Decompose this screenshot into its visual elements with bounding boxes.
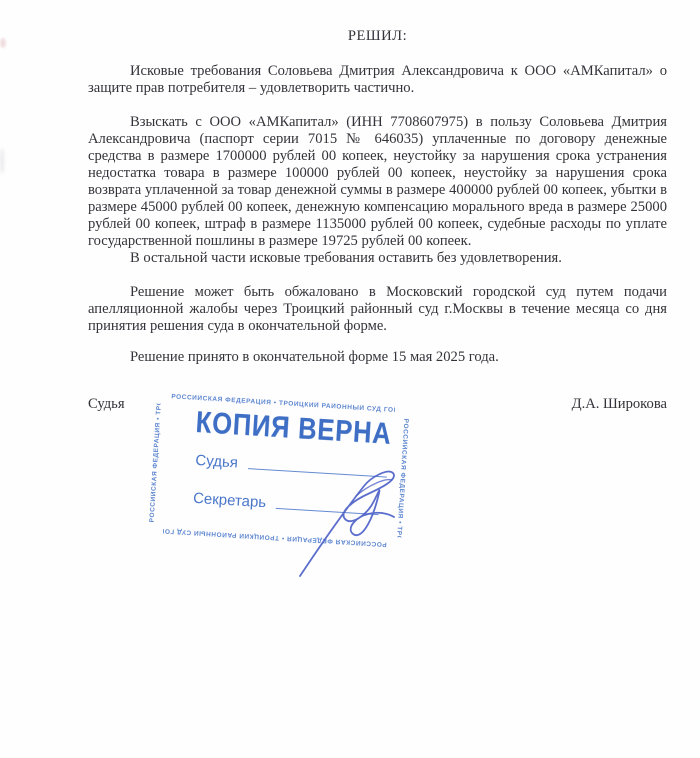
document-title: РЕШИЛ: (88, 28, 667, 45)
stamp-secretary-label: Секретарь (193, 490, 267, 511)
court-decision-page: РЕШИЛ: Исковые требования Соловьева Дмит… (0, 0, 700, 758)
stamp-border-text-left: РОССИЙСКАЯ ФЕДЕРАЦИЯ • ТРОИЦКИЙ РАЙОННЫЙ… (149, 403, 164, 522)
stamp-judge-label: Судья (195, 452, 238, 472)
judge-label: Судья (88, 396, 125, 413)
paragraph-remainder-dismissed: В остальной части исковые требования ост… (88, 250, 667, 267)
paragraph-claims-granted: Исковые требования Соловьева Дмитрия Але… (88, 63, 667, 97)
paragraph-appeal-procedure: Решение может быть обжаловано в Московск… (88, 284, 667, 335)
document-body: РЕШИЛ: Исковые требования Соловьева Дмит… (0, 0, 700, 413)
paragraph-final-form-date: Решение принято в окончательной форме 15… (88, 349, 667, 366)
judge-name: Д.А. Широкова (572, 396, 667, 413)
handwritten-signature-icon (286, 456, 410, 580)
paragraph-award-amounts: Взыскать с ООО «АМКапитал» (ИНН 77086079… (88, 114, 667, 250)
